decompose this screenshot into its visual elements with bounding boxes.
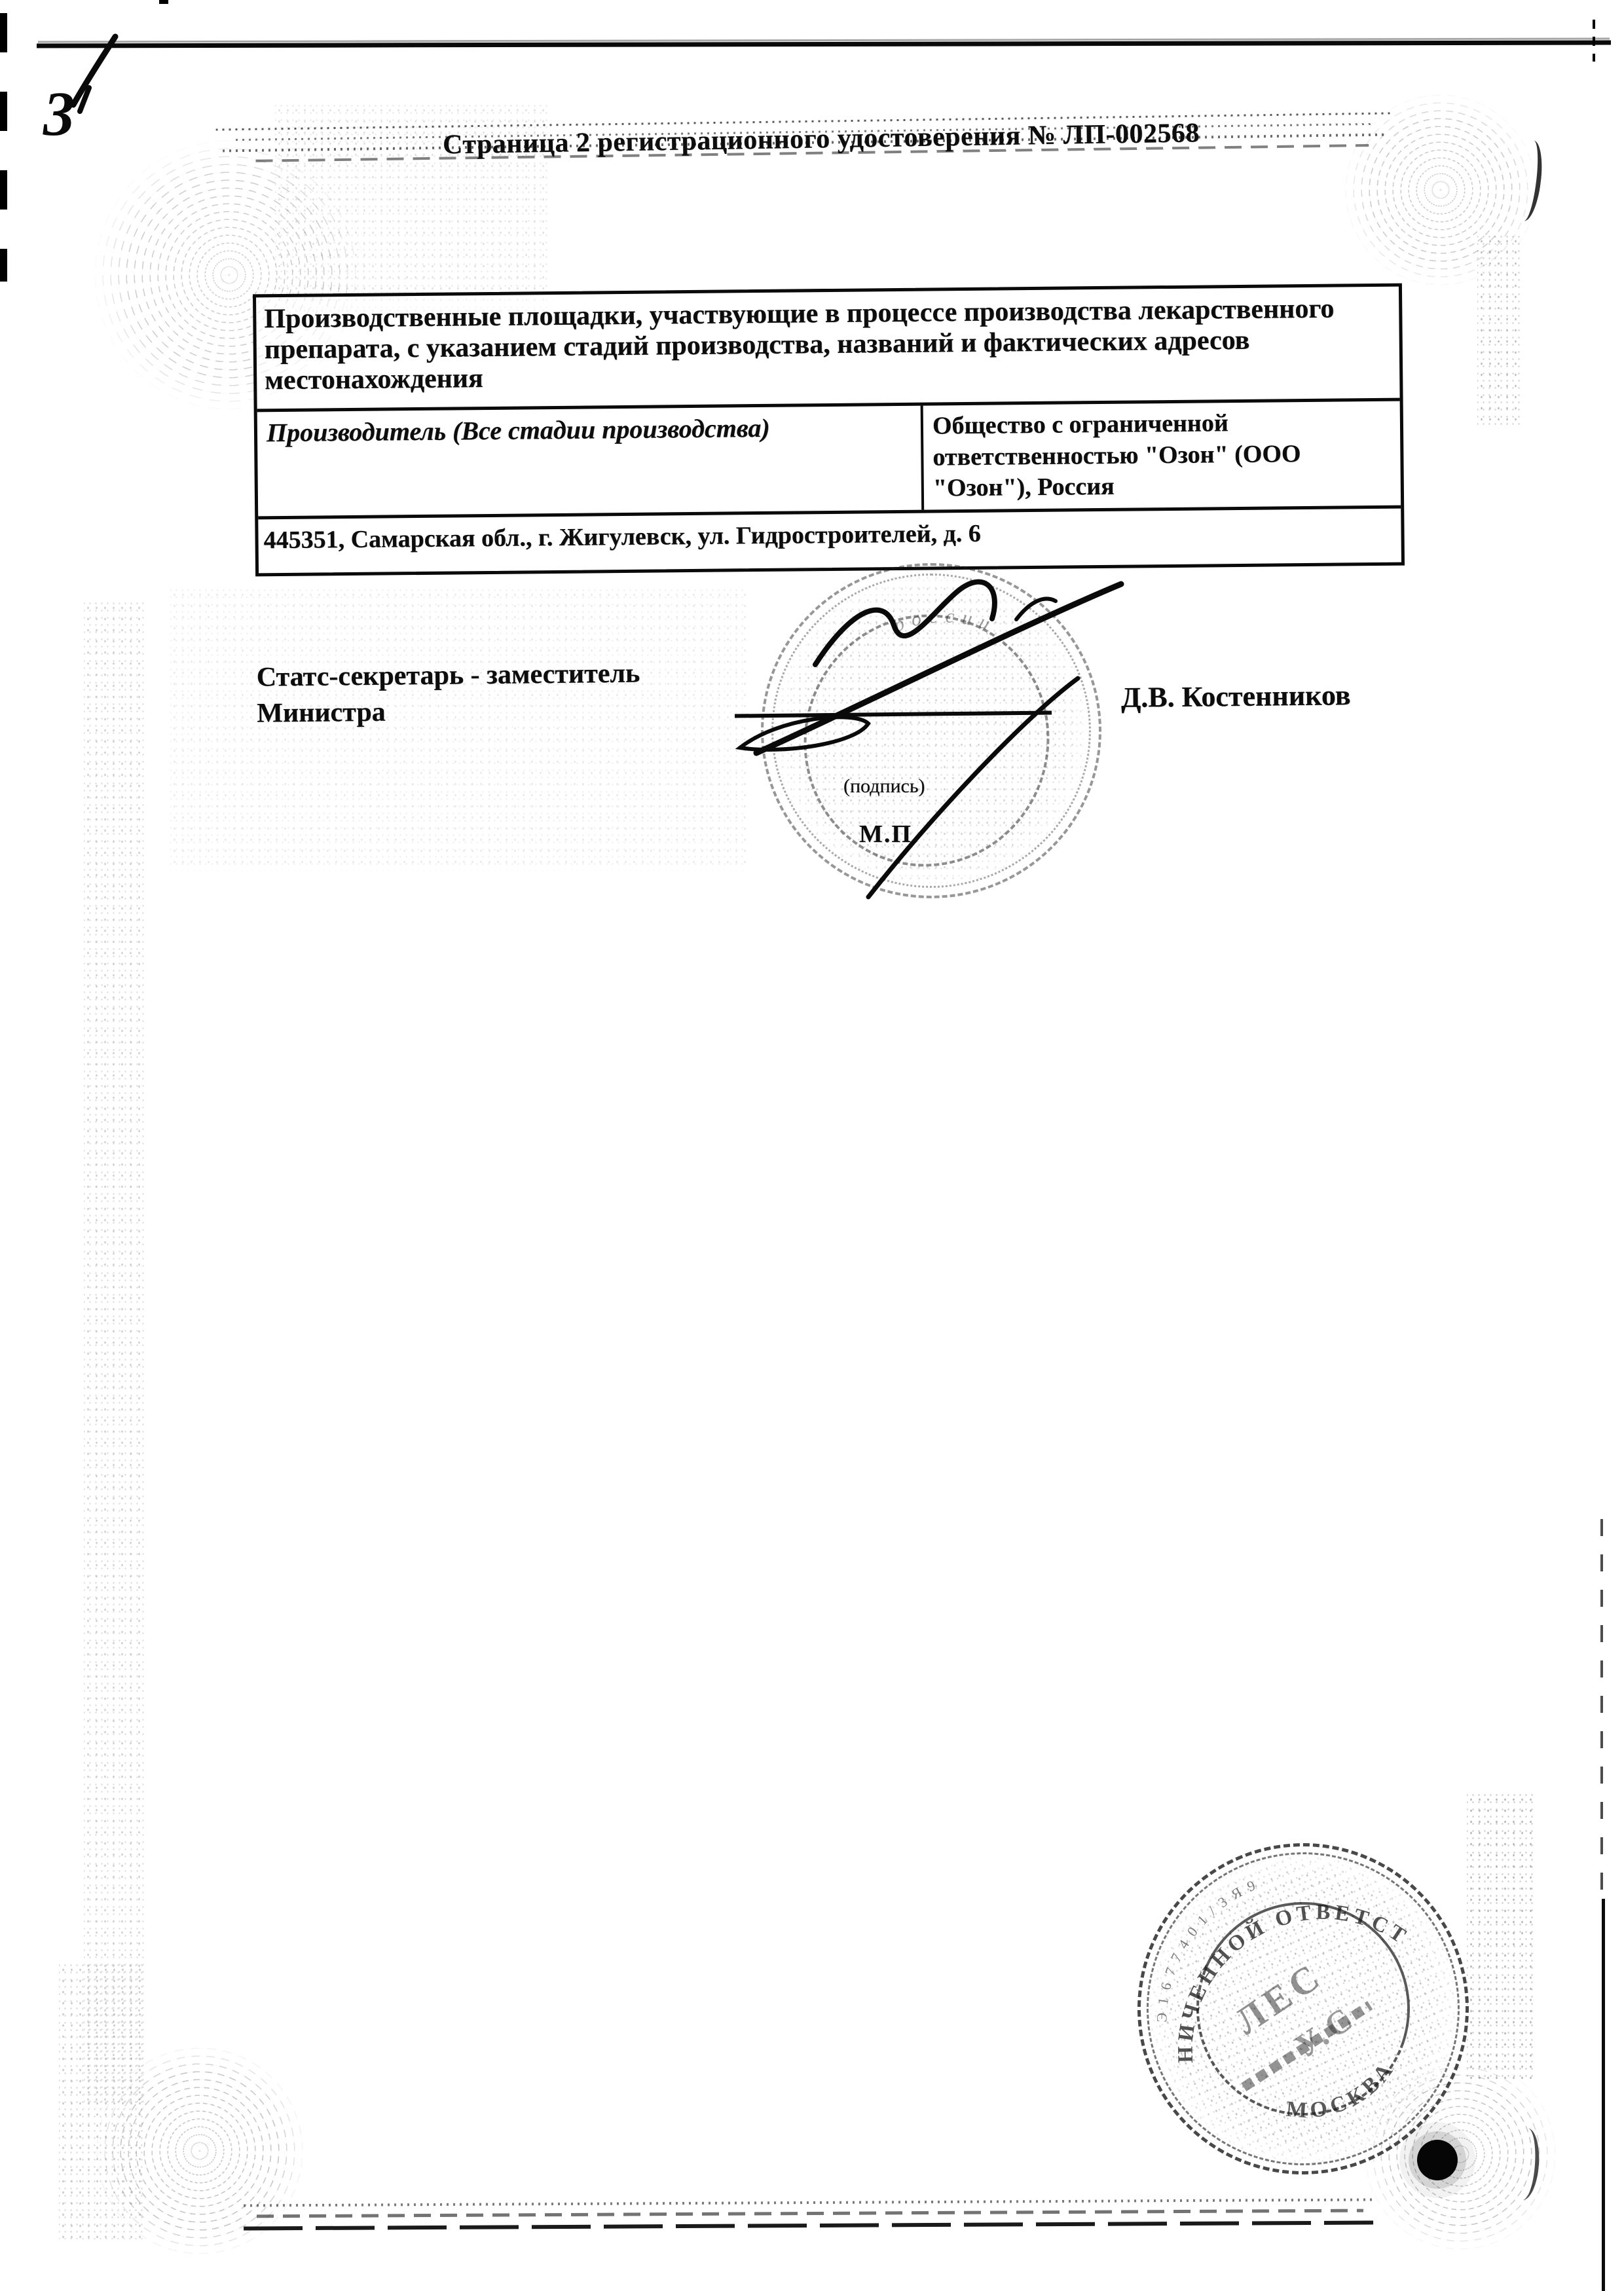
signer-title-line2: Министра: [257, 691, 716, 733]
frame-bottom-band: [244, 2198, 1376, 2234]
table-header-cell: Производственные площадки, участвующие в…: [256, 287, 1400, 412]
page-noise-left-band: [84, 602, 146, 2108]
bottom-dash-row-1: [244, 2198, 1376, 2207]
signature-strokes: [720, 557, 1153, 917]
production-sites-table: Производственные площадки, участвующие в…: [253, 284, 1405, 576]
corner-wing-top-right: [1512, 139, 1546, 223]
producer-label-cell: Производитель (Все стадии производства): [257, 406, 924, 516]
producer-value-cell: Общество с ограниченной ответственностью…: [923, 401, 1401, 509]
handwritten-digit: 3: [43, 79, 75, 149]
signer-name: Д.В. Костенников: [1121, 678, 1351, 714]
signer-title: Статс-секретарь - заместитель Министра: [256, 655, 715, 732]
corner-noise-bottom-left: [59, 1964, 144, 2239]
signature-caption: (подпись): [843, 775, 925, 797]
frame-right-line-dashed: [1600, 1519, 1603, 1899]
bottom-dash-row-3: [244, 2220, 1373, 2230]
frame-top-line: [37, 40, 1611, 48]
scan-artifact-left-edge: [0, 13, 7, 282]
scanned-page: { "page": { "header_line": "Страница 2 р…: [0, 0, 1624, 2291]
table-producer-row: Производитель (Все стадии производства) …: [257, 401, 1401, 519]
punch-hole-dot: [1417, 2140, 1458, 2180]
corner-noise-top-right: [1477, 236, 1523, 426]
scan-artifact-top-tick: [159, 0, 168, 4]
seal-place-abbr: М.П.: [859, 820, 919, 849]
scan-artifact-right-tick: [1593, 20, 1595, 62]
signer-title-line1: Статс-секретарь - заместитель: [256, 655, 715, 696]
handwritten-page-mark: 3: [31, 25, 149, 149]
bottom-dash-row-2: [257, 2209, 1363, 2218]
frame-right-line-solid: [1602, 1899, 1605, 2291]
handwritten-slash: [73, 37, 115, 105]
arc-mark-right-of-dot: [1509, 2127, 1541, 2201]
